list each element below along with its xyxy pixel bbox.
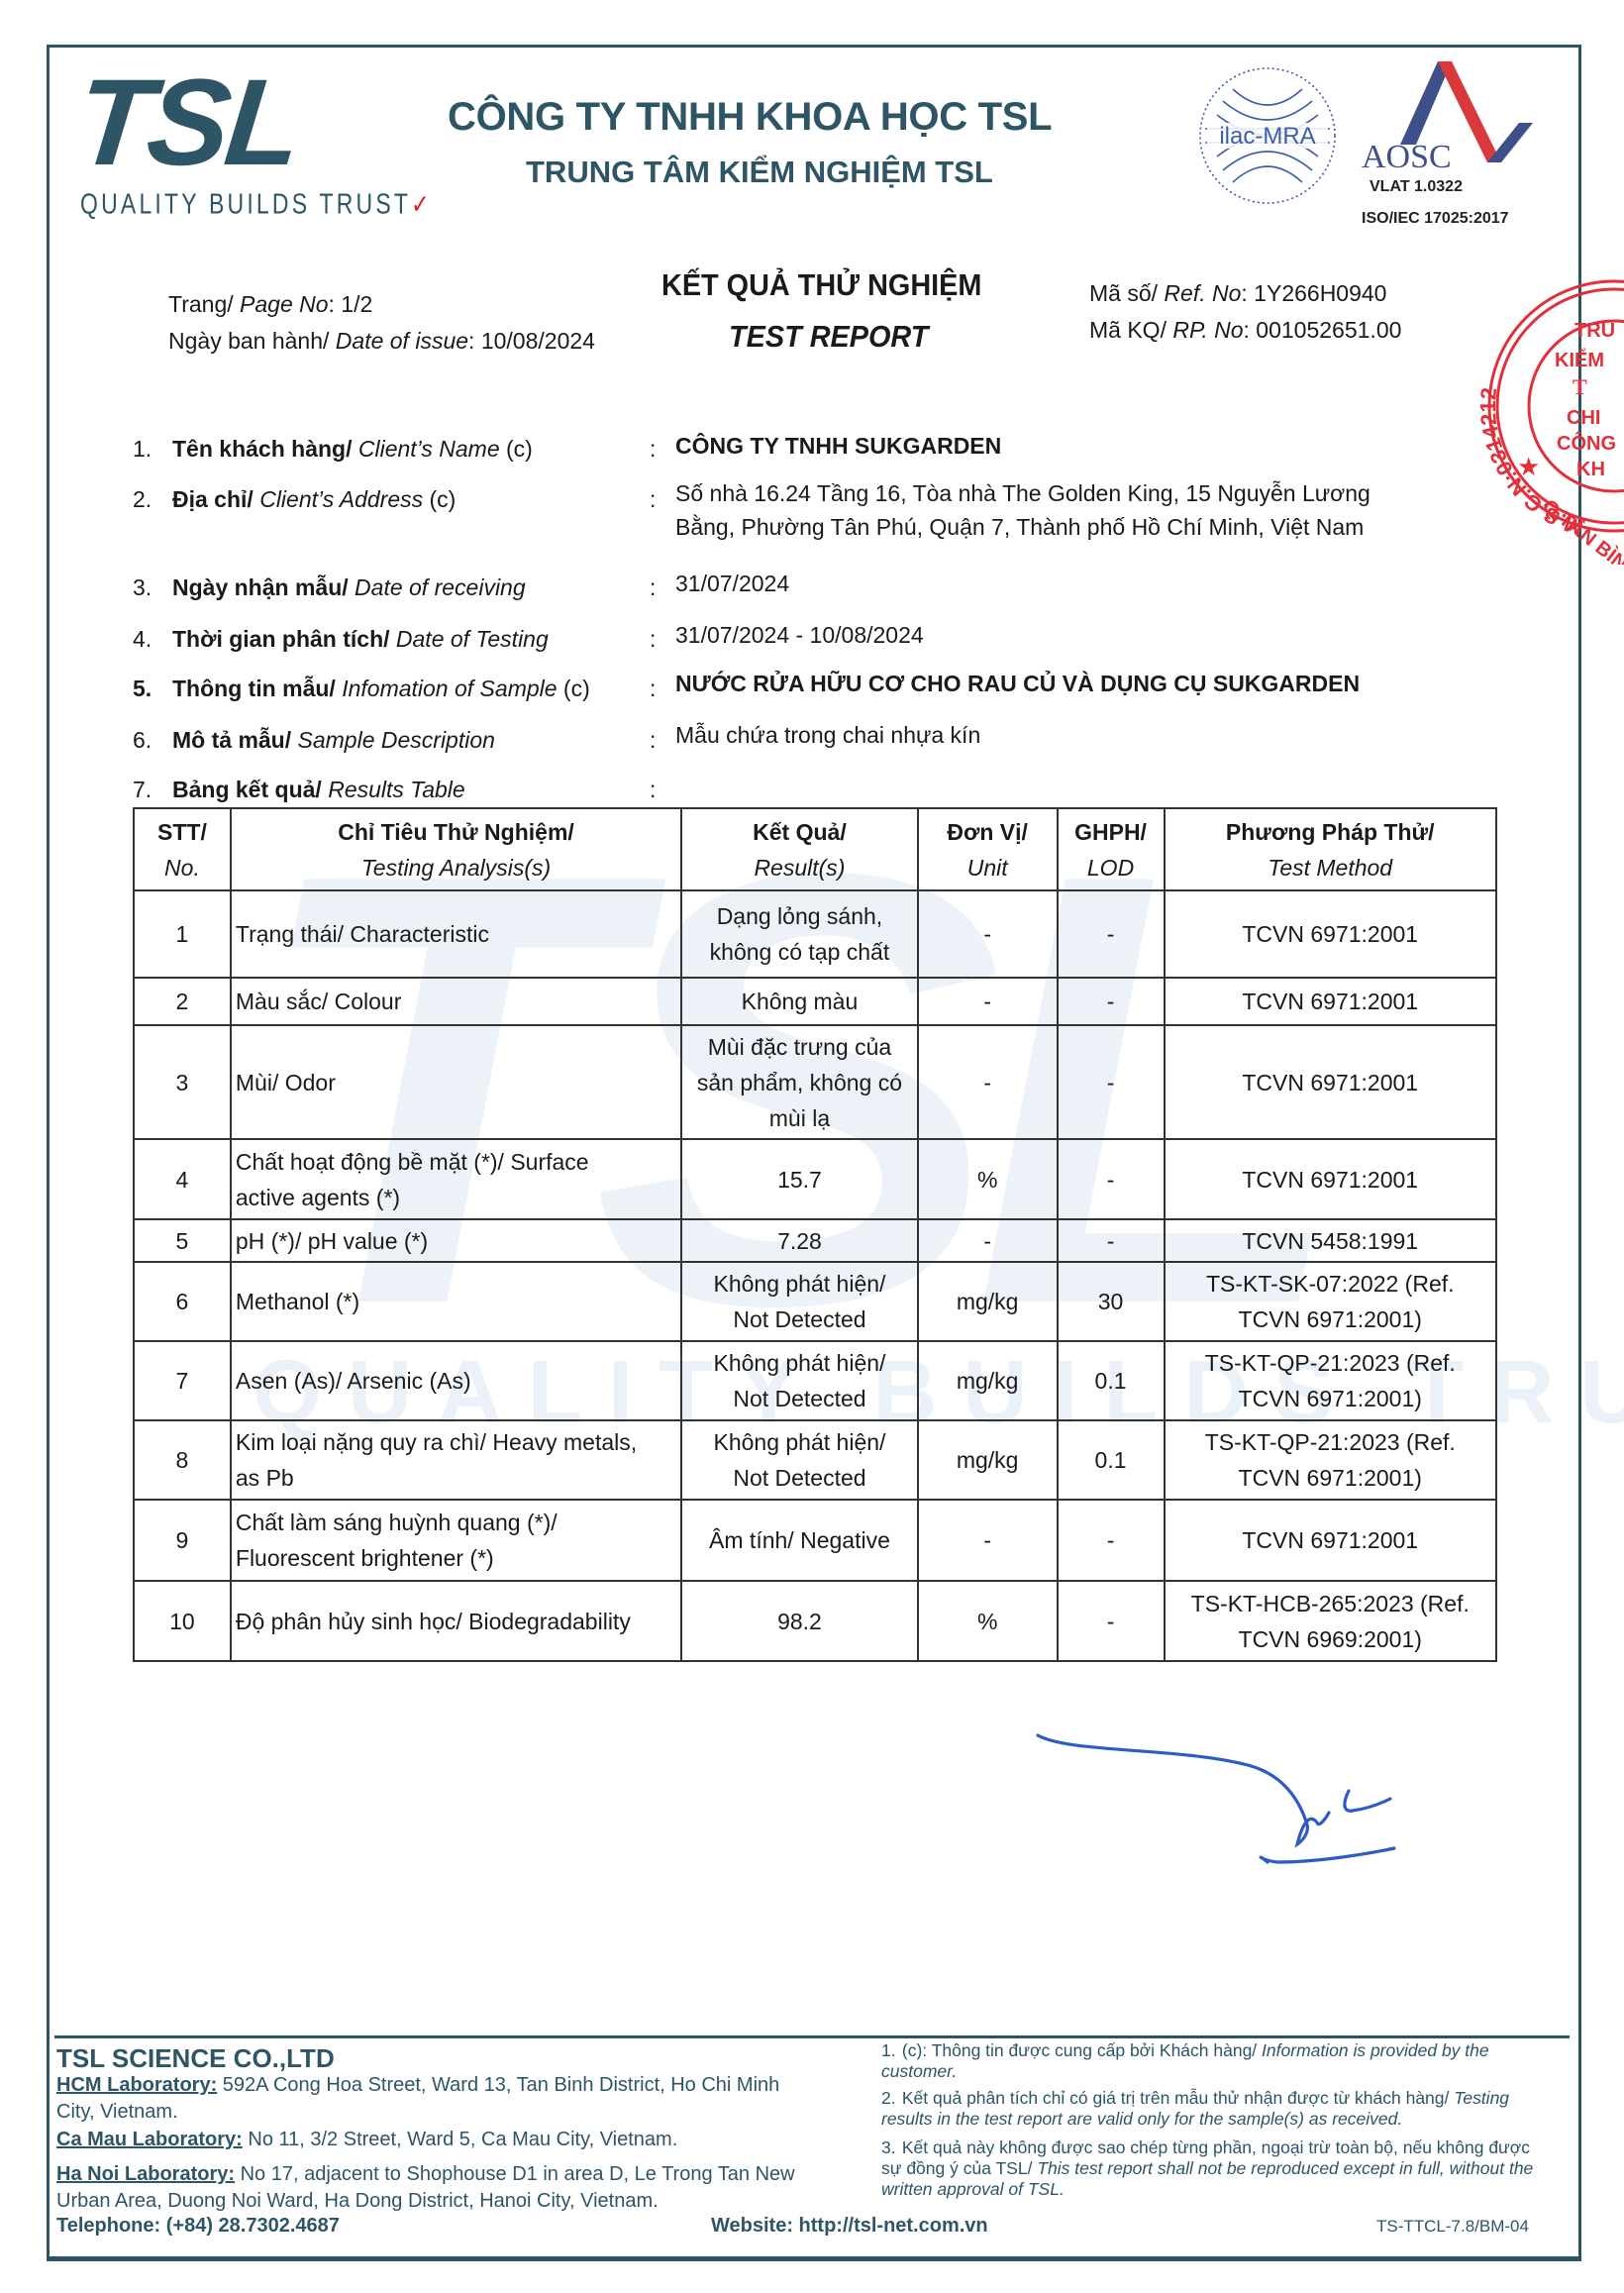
table-row: 6Methanol (*)Không phát hiện/Not Detecte… — [134, 1262, 1496, 1341]
info-colon: : — [650, 777, 656, 803]
cell-analysis: Asen (As)/ Arsenic (As) — [231, 1341, 681, 1420]
info-label-vn: Bảng kết quả/ — [172, 777, 328, 802]
footer-company: TSL SCIENCE CO.,LTD — [56, 2043, 335, 2074]
client-address-line2: Bằng, Phường Tân Phú, Quận 7, Thành phố … — [675, 514, 1364, 541]
page-label-vn: Trang/ — [168, 291, 240, 317]
info-label-en: Sample Description — [298, 727, 495, 753]
cell-unit: - — [918, 1219, 1058, 1262]
cell-lod: - — [1058, 1500, 1165, 1581]
issue-label-vn: Ngày ban hành/ — [168, 328, 336, 354]
cell-result: Không màu — [681, 978, 918, 1025]
cell-unit: - — [918, 890, 1058, 978]
cell-result-line: Không phát hiện/ — [686, 1266, 913, 1302]
info-client-address: 2.Địa chỉ/ Client’s Address (c) — [133, 486, 456, 513]
table-header-row: STT/No. Chỉ Tiêu Thử Nghiệm/Testing Anal… — [134, 808, 1496, 890]
cell-lod: 30 — [1058, 1262, 1165, 1341]
checkmark-icon: ✓ — [411, 188, 429, 219]
header-method: Phương Pháp Thử/Test Method — [1165, 808, 1497, 890]
info-num: 2. — [133, 486, 172, 513]
info-num: 6. — [133, 727, 172, 754]
logo-wordmark: TSL — [71, 67, 303, 178]
footer-note-3: 3. Kết quả này không được sao chép từng … — [881, 2137, 1555, 2200]
center-name: TRUNG TÂM KIỂM NGHIỆM TSL — [526, 155, 993, 190]
cell-no: 6 — [134, 1262, 231, 1341]
cell-no: 4 — [134, 1139, 231, 1219]
cell-unit: % — [918, 1139, 1058, 1219]
svg-text:CHI: CHI — [1567, 407, 1600, 429]
info-label-en: Infomation of Sample — [342, 676, 557, 701]
rp-number: Mã KQ/ RP. No: 001052651.00 — [1089, 317, 1401, 344]
logo-tagline: QUALITY BUILDS TRUST✓ — [80, 187, 430, 221]
info-client-name: 1.Tên khách hàng/ Client’s Name (c) — [133, 436, 533, 463]
cell-method-line: TCVN 5458:1991 — [1169, 1223, 1492, 1259]
table-row: 2Màu sắc/ ColourKhông màu--TCVN 6971:200… — [134, 978, 1496, 1025]
svg-text:T: T — [1573, 374, 1587, 399]
header-analysis: Chỉ Tiêu Thử Nghiệm/Testing Analysis(s) — [231, 808, 681, 890]
page-value: : 1/2 — [329, 291, 373, 317]
cell-lod: - — [1058, 890, 1165, 978]
cell-result-line: Không màu — [686, 984, 913, 1019]
cell-lod: 0.1 — [1058, 1420, 1165, 1500]
info-date-testing: 4.Thời gian phân tích/ Date of Testing — [133, 626, 549, 653]
svg-text:ilac-MRA: ilac-MRA — [1219, 123, 1315, 150]
info-sample-description: 6.Mô tả mẫu/ Sample Description — [133, 727, 495, 754]
info-suffix: (c) — [558, 676, 590, 701]
cell-method-line: TCVN 6971:2001 — [1169, 1522, 1492, 1558]
cell-result: 15.7 — [681, 1139, 918, 1219]
cell-result-line: 15.7 — [686, 1162, 913, 1198]
cell-method: TS-KT-QP-21:2023 (Ref.TCVN 6971:2001) — [1165, 1420, 1497, 1500]
footer-divider — [54, 2035, 1570, 2038]
header-no: STT/No. — [134, 808, 231, 890]
header-unit: Đơn Vị/Unit — [918, 808, 1058, 890]
info-label-vn: Thời gian phân tích/ — [172, 626, 396, 652]
tagline-text: QUALITY BUILDS TRUST — [80, 187, 411, 220]
footer-lab-camau: Ca Mau Laboratory: No 11, 3/2 Street, Wa… — [56, 2127, 819, 2153]
cell-unit: - — [918, 1025, 1058, 1139]
cell-unit: mg/kg — [918, 1341, 1058, 1420]
info-colon: : — [650, 626, 656, 653]
lab-name: Ha Noi Laboratory: — [56, 2163, 235, 2185]
info-colon: : — [650, 574, 656, 601]
cell-result-line: Mùi đặc trưng của — [686, 1029, 913, 1065]
cell-analysis: Trạng thái/ Characteristic — [231, 890, 681, 978]
cell-result-line: 7.28 — [686, 1223, 913, 1259]
cell-no: 7 — [134, 1341, 231, 1420]
info-num: 3. — [133, 574, 172, 601]
info-label-vn: Địa chỉ/ — [172, 486, 259, 512]
cell-analysis-line: Chất làm sáng huỳnh quang (*)/ — [236, 1505, 676, 1540]
info-results-table: 7.Bảng kết quả/ Results Table — [133, 777, 465, 803]
info-label-en: Results Table — [328, 777, 465, 802]
cell-method: TCVN 5458:1991 — [1165, 1219, 1497, 1262]
info-num: 5. — [133, 676, 172, 702]
cell-method: TCVN 6971:2001 — [1165, 1025, 1497, 1139]
svg-text:KIỂM: KIỂM — [1555, 349, 1604, 371]
cell-result: 7.28 — [681, 1219, 918, 1262]
cell-result-line: Not Detected — [686, 1460, 913, 1496]
cell-lod: - — [1058, 1025, 1165, 1139]
info-label-en: Date of Testing — [396, 626, 549, 652]
cell-analysis-line: Độ phân hủy sinh học/ Biodegradability — [236, 1604, 676, 1639]
cell-analysis-line: active agents (*) — [236, 1180, 676, 1215]
cell-result-line: Âm tính/ Negative — [686, 1522, 913, 1558]
info-label-en: Client’s Address — [259, 486, 423, 512]
header-lod: GHPH/LOD — [1058, 808, 1165, 890]
cell-result: Không phát hiện/Not Detected — [681, 1341, 918, 1420]
svg-text:CÔNG: CÔNG — [1557, 431, 1616, 455]
info-date-receiving: 3.Ngày nhận mẫu/ Date of receiving — [133, 574, 526, 601]
cell-method-line: TCVN 6969:2001) — [1169, 1621, 1492, 1657]
info-colon: : — [650, 436, 656, 463]
cell-no: 1 — [134, 890, 231, 978]
cell-no: 3 — [134, 1025, 231, 1139]
footer-form-code: TS-TTCL-7.8/BM-04 — [1376, 2217, 1529, 2237]
ref-value: : 1Y266H0940 — [1241, 280, 1386, 306]
footer-lab-hcm: HCM Laboratory: 592A Cong Hoa Street, Wa… — [56, 2072, 819, 2126]
cell-method-line: TCVN 6971:2001 — [1169, 1065, 1492, 1100]
info-num: 4. — [133, 626, 172, 653]
cell-result-line: Not Detected — [686, 1381, 913, 1416]
lab-address: No 11, 3/2 Street, Ward 5, Ca Mau City, … — [243, 2129, 677, 2150]
cell-method-line: TCVN 6971:2001) — [1169, 1460, 1492, 1496]
cell-analysis-line: Chất hoạt động bề mặt (*)/ Surface — [236, 1144, 676, 1180]
cell-analysis-line: Trạng thái/ Characteristic — [236, 916, 676, 952]
cell-result-line: Không phát hiện/ — [686, 1345, 913, 1381]
cell-analysis-line: pH (*)/ pH value (*) — [236, 1223, 676, 1259]
lab-name: Ca Mau Laboratory: — [56, 2129, 243, 2150]
issue-date: Ngày ban hành/ Date of issue: 10/08/2024 — [168, 328, 595, 355]
client-address-line1: Số nhà 16.24 Tầng 16, Tòa nhà The Golden… — [675, 480, 1370, 507]
ref-label-en: Ref. No — [1164, 280, 1241, 306]
table-row: 7Asen (As)/ Arsenic (As)Không phát hiện/… — [134, 1341, 1496, 1420]
cell-lod: - — [1058, 1139, 1165, 1219]
cell-method-line: TS-KT-HCB-265:2023 (Ref. — [1169, 1586, 1492, 1621]
footer-telephone: Telephone: (+84) 28.7302.4687 — [56, 2215, 340, 2238]
cell-lod: - — [1058, 1581, 1165, 1661]
ref-label-vn: Mã số/ — [1089, 280, 1164, 306]
company-seal-icon: M.S.C.N:0314212 ★ TRU KIỂM T CHI CÔNG KH… — [1466, 267, 1624, 565]
cell-result: Mùi đặc trưng củasản phẩm, không cómùi l… — [681, 1025, 918, 1139]
cell-method: TCVN 6971:2001 — [1165, 978, 1497, 1025]
client-name-value: CÔNG TY TNHH SUKGARDEN — [675, 433, 1001, 460]
cell-result: Dạng lỏng sánh,không có tạp chất — [681, 890, 918, 978]
table-row: 4Chất hoạt động bề mặt (*)/ Surfaceactiv… — [134, 1139, 1496, 1219]
cell-method-line: TCVN 6971:2001 — [1169, 984, 1492, 1019]
cell-no: 2 — [134, 978, 231, 1025]
cell-result-line: Không phát hiện/ — [686, 1424, 913, 1460]
cell-analysis-line: Fluorescent brightener (*) — [236, 1540, 676, 1576]
cell-analysis: Màu sắc/ Colour — [231, 978, 681, 1025]
cell-unit: % — [918, 1581, 1058, 1661]
info-label-vn: Tên khách hàng/ — [172, 436, 358, 462]
cell-result-line: không có tạp chất — [686, 934, 913, 970]
info-colon: : — [650, 676, 656, 702]
footer-note-2: 2. Kết quả phân tích chỉ có giá trị trên… — [881, 2088, 1555, 2130]
cell-analysis: Chất làm sáng huỳnh quang (*)/Fluorescen… — [231, 1500, 681, 1581]
info-label-vn: Thông tin mẫu/ — [172, 676, 342, 701]
cell-method: TS-KT-QP-21:2023 (Ref.TCVN 6971:2001) — [1165, 1341, 1497, 1420]
cell-result: Không phát hiện/Not Detected — [681, 1420, 918, 1500]
info-sample: 5.Thông tin mẫu/ Infomation of Sample (c… — [133, 676, 590, 702]
cell-result: Không phát hiện/Not Detected — [681, 1262, 918, 1341]
cell-analysis: pH (*)/ pH value (*) — [231, 1219, 681, 1262]
cell-result-line: Not Detected — [686, 1302, 913, 1337]
rp-value: : 001052651.00 — [1244, 317, 1402, 343]
iso-standard: ISO/IEC 17025:2017 — [1362, 210, 1509, 228]
cell-unit: mg/kg — [918, 1262, 1058, 1341]
cell-unit: mg/kg — [918, 1420, 1058, 1500]
issue-value: : 10/08/2024 — [468, 328, 595, 354]
cell-analysis-line: Asen (As)/ Arsenic (As) — [236, 1363, 676, 1399]
cell-analysis: Kim loại nặng quy ra chì/ Heavy metals,a… — [231, 1420, 681, 1500]
ilac-mra-logo-icon: ilac-MRA — [1193, 61, 1342, 210]
report-title-vn: KẾT QUẢ THỬ NGHIỆM — [661, 267, 981, 303]
vlat-code: VLAT 1.0322 — [1370, 178, 1463, 196]
cell-method: TS-KT-HCB-265:2023 (Ref.TCVN 6969:2001) — [1165, 1581, 1497, 1661]
sample-description-value: Mẫu chứa trong chai nhựa kín — [675, 722, 980, 749]
cell-analysis: Methanol (*) — [231, 1262, 681, 1341]
table-row: 9Chất làm sáng huỳnh quang (*)/Fluoresce… — [134, 1500, 1496, 1581]
cell-analysis-line: Kim loại nặng quy ra chì/ Heavy metals, — [236, 1424, 676, 1460]
svg-text:★: ★ — [1517, 452, 1540, 481]
cell-method-line: TS-KT-QP-21:2023 (Ref. — [1169, 1345, 1492, 1381]
cell-analysis: Chất hoạt động bề mặt (*)/ Surfaceactive… — [231, 1139, 681, 1219]
table-row: 3Mùi/ OdorMùi đặc trưng củasản phẩm, khô… — [134, 1025, 1496, 1139]
cell-method-line: TCVN 6971:2001 — [1169, 916, 1492, 952]
cell-method-line: TS-KT-SK-07:2022 (Ref. — [1169, 1266, 1492, 1302]
cell-analysis-line: Màu sắc/ Colour — [236, 984, 676, 1019]
cell-lod: - — [1058, 1219, 1165, 1262]
cell-lod: 0.1 — [1058, 1341, 1165, 1420]
table-row: 8Kim loại nặng quy ra chì/ Heavy metals,… — [134, 1420, 1496, 1500]
cell-method: TCVN 6971:2001 — [1165, 1139, 1497, 1219]
cell-method: TCVN 6971:2001 — [1165, 890, 1497, 978]
rp-label-en: RP. No — [1172, 317, 1243, 343]
cell-analysis-line: Mùi/ Odor — [236, 1065, 676, 1100]
cell-unit: - — [918, 978, 1058, 1025]
footer-lab-hanoi: Ha Noi Laboratory: No 17, adjacent to Sh… — [56, 2161, 819, 2215]
rp-label-vn: Mã KQ/ — [1089, 317, 1172, 343]
cell-method-line: TCVN 6971:2001) — [1169, 1381, 1492, 1416]
info-label-en: Client’s Name — [358, 436, 500, 462]
aosc-label: AOSC — [1362, 139, 1452, 176]
footer-note-1: 1. (c): Thông tin được cung cấp bởi Khác… — [881, 2040, 1555, 2082]
page-number: Trang/ Page No: 1/2 — [168, 291, 372, 318]
cell-lod: - — [1058, 978, 1165, 1025]
results-table: STT/No. Chỉ Tiêu Thử Nghiệm/Testing Anal… — [133, 807, 1497, 1662]
cell-result-line: 98.2 — [686, 1604, 913, 1639]
cell-no: 10 — [134, 1581, 231, 1661]
lab-name: HCM Laboratory: — [56, 2074, 217, 2096]
table-row: 5pH (*)/ pH value (*)7.28--TCVN 5458:199… — [134, 1219, 1496, 1262]
cell-no: 5 — [134, 1219, 231, 1262]
sample-info-value: NƯỚC RỬA HỮU CƠ CHO RAU CỦ VÀ DỤNG CỤ SU… — [675, 671, 1360, 697]
info-label-en: Date of receiving — [355, 574, 526, 600]
cell-result: Âm tính/ Negative — [681, 1500, 918, 1581]
issue-label-en: Date of issue — [336, 328, 468, 354]
cell-no: 9 — [134, 1500, 231, 1581]
cell-result-line: mùi lạ — [686, 1100, 913, 1136]
tsl-logo: TSL QUALITY BUILDS TRUST✓ — [77, 67, 355, 216]
svg-text:TRU: TRU — [1574, 320, 1615, 342]
table-row: 1Trạng thái/ CharacteristicDạng lỏng sán… — [134, 890, 1496, 978]
ref-number: Mã số/ Ref. No: 1Y266H0940 — [1089, 280, 1386, 307]
cell-analysis-line: Methanol (*) — [236, 1284, 676, 1319]
company-name: CÔNG TY TNHH KHOA HỌC TSL — [448, 95, 1052, 140]
cell-method-line: TS-KT-QP-21:2023 (Ref. — [1169, 1424, 1492, 1460]
svg-text:KH: KH — [1576, 459, 1605, 480]
info-label-vn: Ngày nhận mẫu/ — [172, 574, 355, 600]
info-colon: : — [650, 727, 656, 754]
date-testing-value: 31/07/2024 - 10/08/2024 — [675, 622, 924, 649]
cell-analysis-line: as Pb — [236, 1460, 676, 1496]
footer-website-link[interactable]: Website: http://tsl-net.com.vn — [711, 2215, 988, 2238]
info-num: 1. — [133, 436, 172, 463]
cell-method: TCVN 6971:2001 — [1165, 1500, 1497, 1581]
info-suffix: (c) — [500, 436, 533, 462]
cell-method-line: TCVN 6971:2001 — [1169, 1162, 1492, 1198]
info-colon: : — [650, 486, 656, 513]
cell-result: 98.2 — [681, 1581, 918, 1661]
info-suffix: (c) — [423, 486, 456, 512]
header-result: Kết Quả/Result(s) — [681, 808, 918, 890]
table-row: 10Độ phân hủy sinh học/ Biodegradability… — [134, 1581, 1496, 1661]
signature-icon — [1030, 1714, 1406, 1872]
footer-bottom-border — [47, 2256, 1581, 2261]
cell-no: 8 — [134, 1420, 231, 1500]
cell-result-line: Dạng lỏng sánh, — [686, 898, 913, 934]
info-num: 7. — [133, 777, 172, 803]
cell-method-line: TCVN 6971:2001) — [1169, 1302, 1492, 1337]
cell-analysis: Độ phân hủy sinh học/ Biodegradability — [231, 1581, 681, 1661]
cell-method: TS-KT-SK-07:2022 (Ref.TCVN 6971:2001) — [1165, 1262, 1497, 1341]
page-label-en: Page No — [240, 291, 329, 317]
cell-unit: - — [918, 1500, 1058, 1581]
info-label-vn: Mô tả mẫu/ — [172, 727, 298, 753]
report-title-en: TEST REPORT — [729, 319, 928, 355]
cell-analysis: Mùi/ Odor — [231, 1025, 681, 1139]
date-receiving-value: 31/07/2024 — [675, 571, 789, 597]
cell-result-line: sản phẩm, không có — [686, 1065, 913, 1100]
